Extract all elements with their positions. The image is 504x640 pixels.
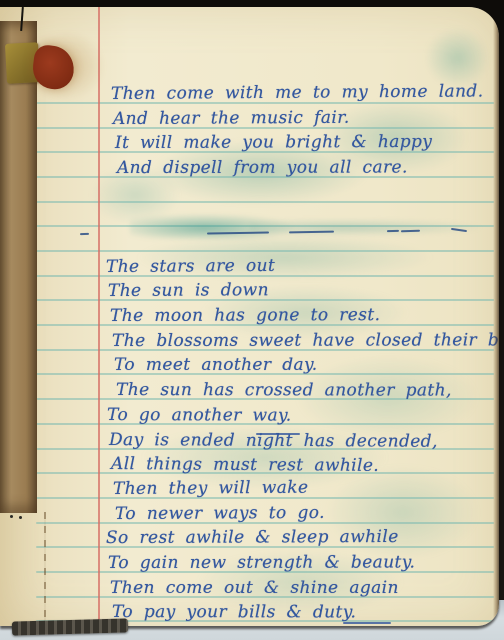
ink-smudge-faint bbox=[250, 219, 480, 236]
poem-line: To gain new strength & beauty. bbox=[108, 551, 415, 574]
poem-line: Day is ended night has decended, bbox=[109, 429, 438, 453]
poem-line: It will make you bright & happy bbox=[115, 131, 432, 154]
poem-line: To pay your bills & duty. bbox=[112, 601, 356, 623]
poem-line: Then they will wake bbox=[113, 477, 309, 500]
bleedthrough-smudge bbox=[425, 28, 490, 88]
poem-line: All things must rest awhile. bbox=[111, 453, 379, 477]
poem-line: Then come with me to my home land. bbox=[111, 80, 484, 105]
poem-line: To newer ways to go. bbox=[115, 501, 325, 524]
page-crease bbox=[44, 512, 46, 626]
poem-line: So rest awhile & sleep awhile bbox=[106, 526, 399, 549]
poem-line: And hear the music fair. bbox=[113, 106, 350, 129]
poem-line: To go another way. bbox=[107, 404, 292, 427]
poem-line: The blossoms sweet have closed their blo… bbox=[112, 329, 499, 352]
poem-line: Then come out & shine again bbox=[110, 577, 399, 599]
ruled-line bbox=[36, 250, 494, 252]
poem-line: And dispell from you all care. bbox=[117, 157, 408, 180]
poem-line: The sun is down bbox=[108, 280, 269, 303]
page-stack-edge-right bbox=[493, 7, 499, 626]
ink-dash bbox=[80, 233, 89, 235]
poem-line: The sun has crossed another path, bbox=[116, 379, 452, 402]
ink-dash bbox=[387, 230, 399, 232]
ink-dots bbox=[10, 515, 13, 518]
poem-line: The stars are out bbox=[106, 255, 275, 278]
ruled-line bbox=[36, 201, 494, 203]
poem-line: The moon has gone to rest. bbox=[110, 304, 381, 327]
poem-line: To meet another day. bbox=[114, 354, 318, 376]
notebook-page-scan: Then come with me to my home land.And he… bbox=[0, 0, 504, 640]
notebook-page: Then come with me to my home land.And he… bbox=[0, 7, 499, 626]
